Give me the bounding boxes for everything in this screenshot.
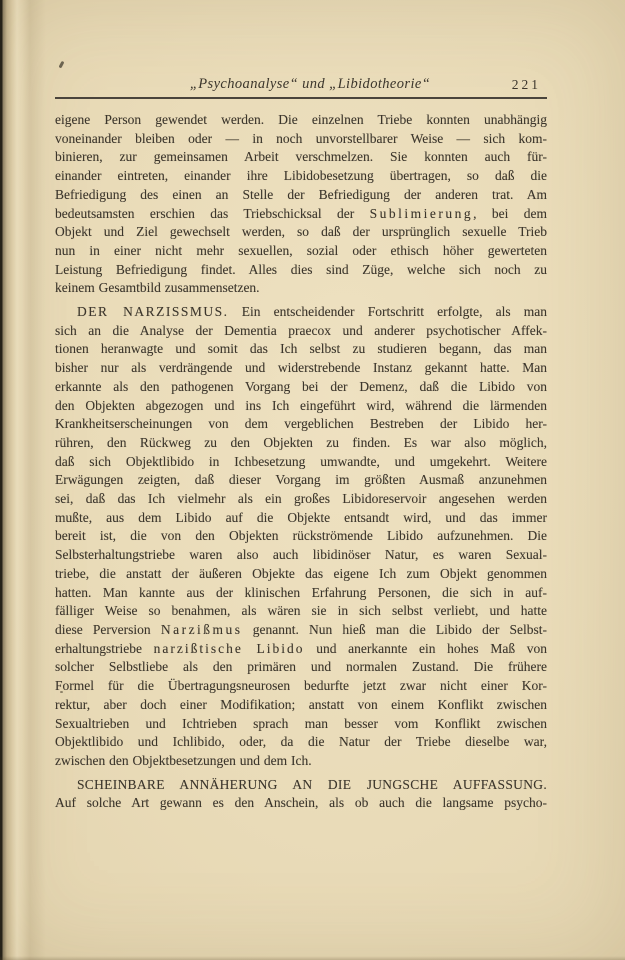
- text-line: den Objekten abgezogen und ins Ich einge…: [55, 397, 547, 416]
- text-line: bisher nur als verdrängende und widerstr…: [55, 359, 547, 378]
- text-line: bedeutsamsten erschien das Triebschicksa…: [55, 205, 547, 224]
- text-line: sich an die Analyse der Dementia praecox…: [55, 322, 547, 341]
- page-number: 221: [512, 77, 541, 93]
- text-line: Auf solche Art gewann es den Anschein, a…: [55, 794, 547, 813]
- page-header: „Psychoanalyse“ und „Libidotheorie“ 221: [55, 76, 547, 100]
- text-line: Befriedigung des einen an Stelle der Bef…: [55, 186, 547, 205]
- page-gutter-shadow: [0, 0, 46, 960]
- text-line: einander eintreten, einander ihre Libido…: [55, 167, 547, 186]
- text-line: Objekt und Ziel gewechselt werden, so da…: [55, 223, 547, 242]
- pen-mark: [59, 61, 64, 68]
- text-line: hatten. Man kannte aus der klinischen Er…: [55, 584, 547, 603]
- text-line: bereit ist, die von den Objekten rückstr…: [55, 527, 547, 546]
- text-line: fälliger Weise so benahmen, als wären si…: [55, 602, 547, 621]
- text-line: rektur, aber doch einer Modifikation; an…: [55, 696, 547, 715]
- text-line: Objektlibido und Ichlibido, oder, da die…: [55, 733, 547, 752]
- text-line: erkannte als den pathogenen Vorgang bei …: [55, 378, 547, 397]
- text-line: zwischen den Objektbesetzungen und dem I…: [55, 752, 547, 771]
- text-line: diese Perversion Narzißmus genannt. Nun …: [55, 621, 547, 640]
- text-line: eigene Person gewendet werden. Die einze…: [55, 111, 547, 130]
- text-line: daß sich Objektlibido in Ichbesetzung um…: [55, 453, 547, 472]
- paragraph: eigene Person gewendet werden. Die einze…: [55, 111, 547, 298]
- text-line: erhaltungstriebe narzißtische Libido und…: [55, 640, 547, 659]
- text-line: sei, daß das Ich vielmehr als ein großes…: [55, 490, 547, 509]
- text-line: triebe, die anstatt der äußeren Objekte …: [55, 565, 547, 584]
- text-line: nun in einer nicht mehr sexuellen, sozia…: [55, 242, 547, 261]
- text-line: tionen heranwagte und somit das Ich selb…: [55, 340, 547, 359]
- text-line: voneinander bleiben oder — in noch unvor…: [55, 130, 547, 149]
- letterspaced-text: narzißtische Libido: [154, 641, 305, 656]
- letterspaced-text: Sublimierung: [370, 206, 474, 221]
- text-line: Selbsterhaltungstriebe waren also auch l…: [55, 546, 547, 565]
- book-page-scan: „Psychoanalyse“ und „Libidotheorie“ 221 …: [0, 0, 625, 960]
- text-line: Krankheitserscheinungen von dem vergebli…: [55, 415, 547, 434]
- text-line: mußte, aus dem Libido auf die Objekte en…: [55, 509, 547, 528]
- header-rule: [55, 97, 547, 99]
- text-line: Erwägungen zeigten, daß dieser Vorgang i…: [55, 471, 547, 490]
- page-bottom-edge: [0, 956, 625, 960]
- letterspaced-text: SCHEINBARE ANNÄHERUNG AN DIE JUNGSCHE AU…: [77, 777, 547, 792]
- page-body: eigene Person gewendet werden. Die einze…: [55, 111, 547, 813]
- text-line: Formel für die Übertragungsneurosen bedu…: [55, 677, 547, 696]
- text-line: solcher Selbstliebe als den primären und…: [55, 658, 547, 677]
- letterspaced-text: DER NARZISSMUS.: [77, 304, 229, 319]
- text-line: binieren, zur gemeinsamen Arbeit verschm…: [55, 148, 547, 167]
- text-line: rühren, den Rückweg zu den Objekten zu f…: [55, 434, 547, 453]
- paragraph: SCHEINBARE ANNÄHERUNG AN DIE JUNGSCHE AU…: [55, 776, 547, 813]
- text-line: SCHEINBARE ANNÄHERUNG AN DIE JUNGSCHE AU…: [55, 776, 547, 795]
- letterspaced-text: Narzißmus: [161, 622, 243, 637]
- paragraph: DER NARZISSMUS. Ein entscheidender Forts…: [55, 303, 547, 771]
- text-line: DER NARZISSMUS. Ein entscheidender Forts…: [55, 303, 547, 322]
- text-line: Leistung Befriedigung findet. Alles dies…: [55, 261, 547, 280]
- running-header-title: „Psychoanalyse“ und „Libidotheorie“: [55, 76, 547, 93]
- text-line: Sexualtrieben und Ichtrieben sprach man …: [55, 715, 547, 734]
- text-line: keinem Gesamtbild zusammensetzen.: [55, 279, 547, 298]
